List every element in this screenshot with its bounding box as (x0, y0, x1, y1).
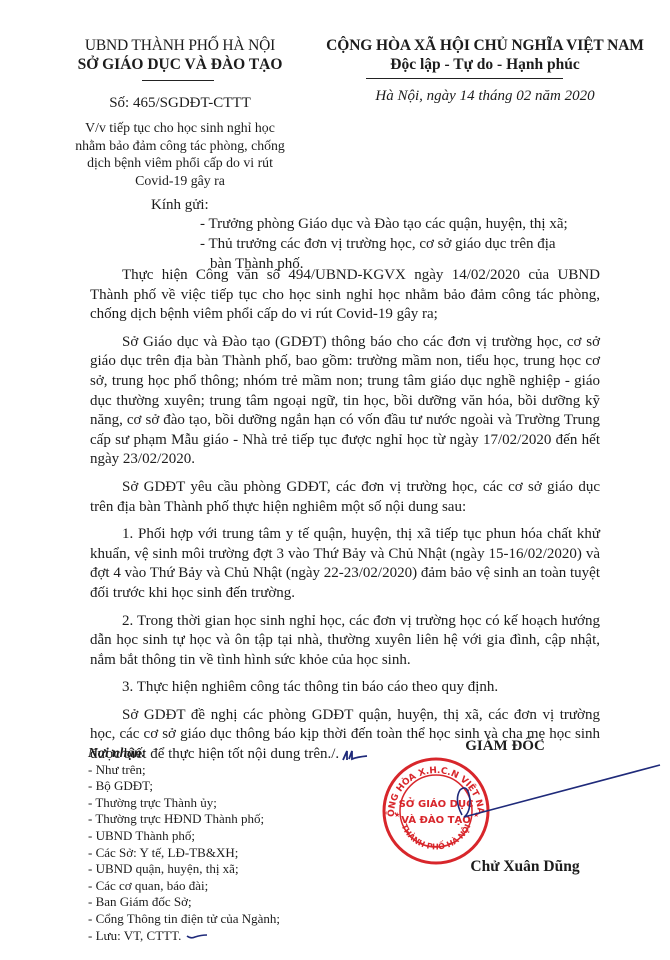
addressees-label: Kính gửi: (151, 197, 209, 214)
national-title: CỘNG HÒA XÃ HỘI CHỦ NGHĨA VIỆT NAM (300, 36, 670, 55)
motto-underline (366, 78, 563, 79)
subject-line: dịch bệnh viêm phổi cấp do vi rút (75, 154, 285, 172)
recipient-item: - Như trên; (88, 762, 280, 779)
recipient-item: - Thường trực Thành ủy; (88, 795, 280, 812)
handwritten-signature-icon (450, 755, 670, 835)
body-paragraph: Thực hiện Công văn số 494/UBND-KGVX ngày… (90, 266, 600, 325)
recipients-block: Nơi nhận: - Như trên; - Bộ GDĐT; - Thườn… (88, 745, 280, 944)
place-date: Hà Nội, ngày 14 tháng 02 năm 2020 (300, 88, 670, 105)
recipient-item: - Cổng Thông tin điện tử của Ngành; (88, 911, 280, 928)
initials-mark-icon (185, 932, 209, 940)
recipient-item: - UBND Thành phố; (88, 828, 280, 845)
recipient-item: - Bộ GDĐT; (88, 778, 280, 795)
recipient-item: - Các cơ quan, báo đài; (88, 878, 280, 895)
recipient-item-text: - Lưu: VT, CTTT. (88, 928, 181, 943)
initials-mark-icon (339, 748, 369, 762)
body-paragraph: 2. Trong thời gian học sinh nghỉ học, cá… (90, 612, 600, 671)
recipient-item: - UBND quận, huyện, thị xã; (88, 861, 280, 878)
subject-line: V/v tiếp tục cho học sinh nghỉ học (75, 119, 285, 137)
agency-name: SỞ GIÁO DỤC VÀ ĐÀO TẠO (60, 55, 300, 74)
addressee-item: - Thủ trưởng các đơn vị trường học, cơ s… (200, 234, 640, 254)
signer-title: GIÁM ĐỐC (380, 738, 630, 755)
issuing-agency-block: UBND THÀNH PHỐ HÀ NỘI SỞ GIÁO DỤC VÀ ĐÀO… (60, 36, 300, 74)
body-paragraph: Sở GDĐT yêu cầu phòng GDĐT, các đơn vị t… (90, 478, 600, 517)
addressees-list: - Trưởng phòng Giáo dục và Đào tạo các q… (200, 214, 640, 274)
recipients-title: Nơi nhận: (88, 745, 280, 762)
body-paragraph: 3. Thực hiện nghiêm công tác thông tin b… (90, 678, 600, 698)
national-heading-block: CỘNG HÒA XÃ HỘI CHỦ NGHĨA VIỆT NAM Độc l… (300, 36, 670, 75)
addressee-item: - Trưởng phòng Giáo dục và Đào tạo các q… (200, 214, 640, 234)
document-body: Thực hiện Công văn số 494/UBND-KGVX ngày… (90, 266, 600, 765)
national-motto: Độc lập - Tự do - Hạnh phúc (300, 55, 670, 75)
signer-name: Chử Xuân Dũng (380, 858, 670, 876)
subject-line: Covid-19 gây ra (75, 172, 285, 190)
recipient-item: - Thường trực HĐND Thành phố; (88, 811, 280, 828)
parent-agency: UBND THÀNH PHỐ HÀ NỘI (60, 36, 300, 55)
recipient-item: - Ban Giám đốc Sở; (88, 894, 280, 911)
subject-block: V/v tiếp tục cho học sinh nghỉ học nhằm … (75, 119, 285, 189)
recipient-item: - Các Sở: Y tế, LĐ-TB&XH; (88, 845, 280, 862)
svg-text:★: ★ (394, 811, 400, 819)
document-number: Số: 465/SGDĐT-CTTT (60, 95, 300, 112)
subject-line: nhằm bảo đảm công tác phòng, chống (75, 137, 285, 155)
body-paragraph: Sở Giáo dục và Đào tạo (GDĐT) thông báo … (90, 333, 600, 470)
body-paragraph: 1. Phối hợp với trung tâm y tế quận, huy… (90, 525, 600, 603)
agency-underline (142, 80, 214, 81)
recipient-item: - Lưu: VT, CTTT. (88, 928, 280, 945)
